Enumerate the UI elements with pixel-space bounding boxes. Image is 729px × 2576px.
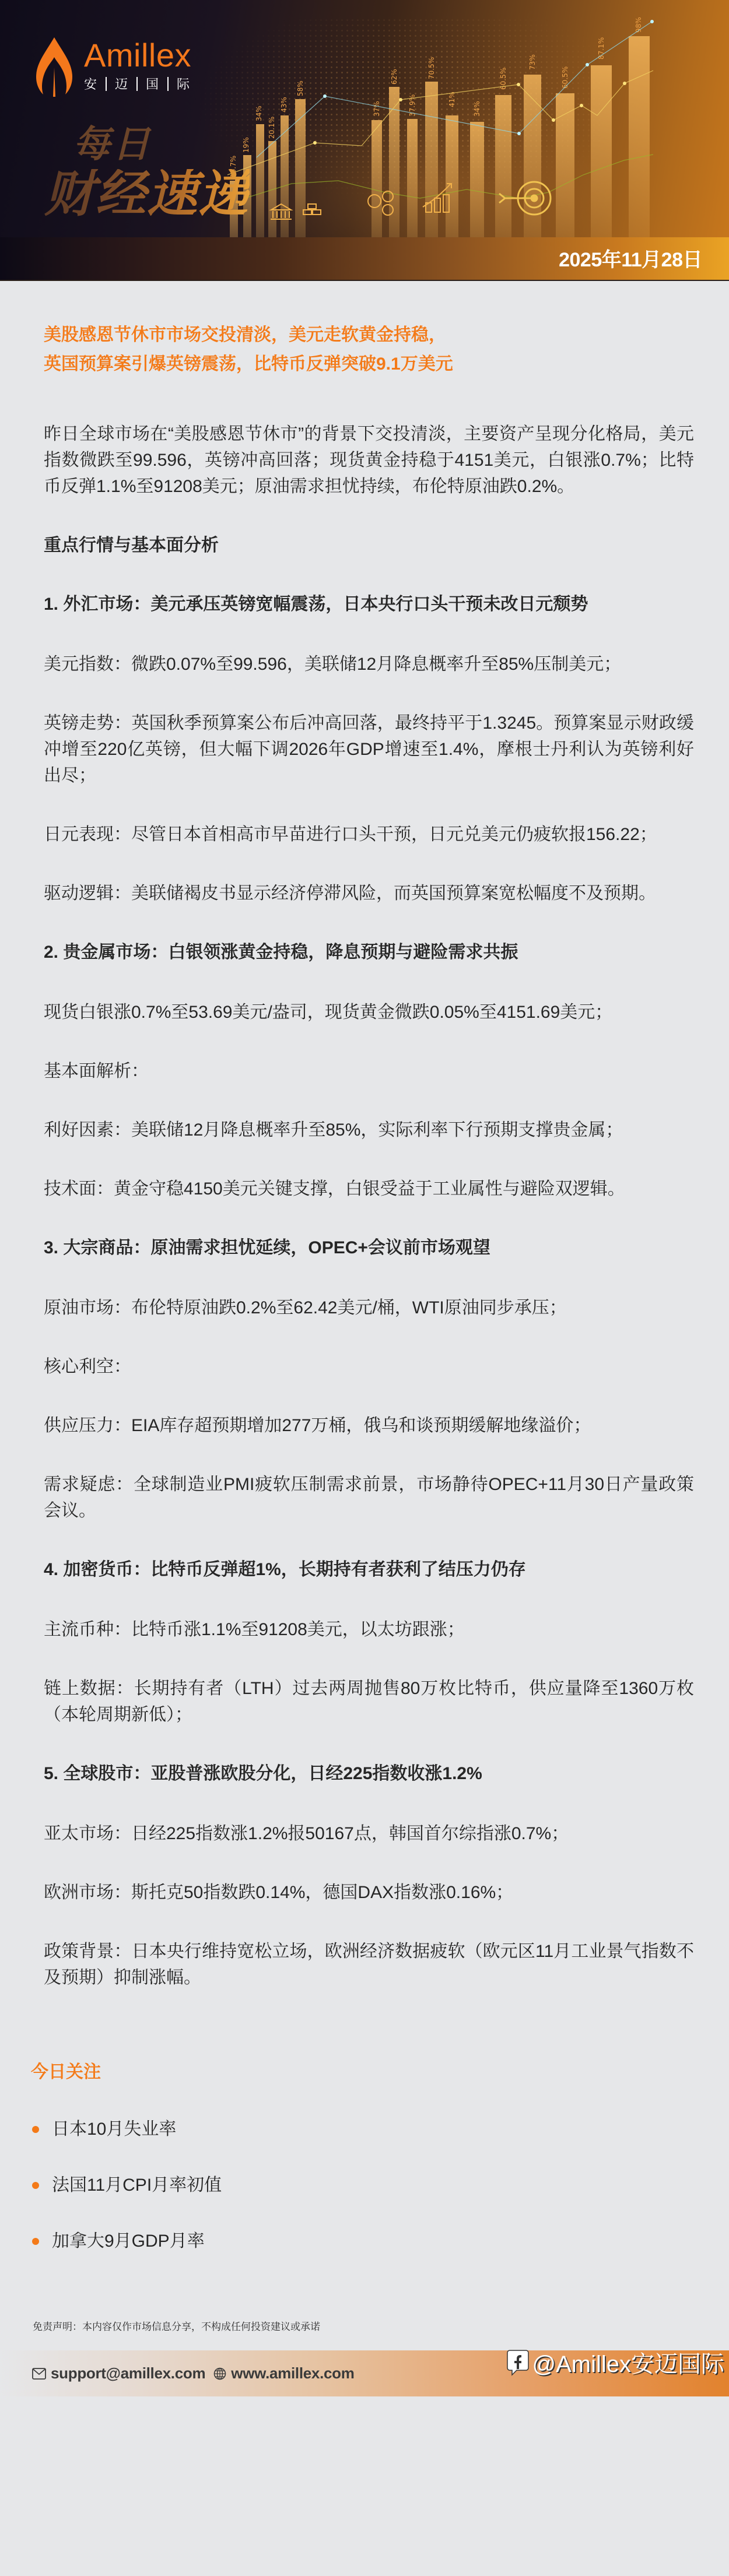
section-paragraph: 亚太市场：日经225指数涨1.2%报50167点，韩国首尔综指涨0.7%； bbox=[44, 1821, 694, 1847]
chart-label: 34% bbox=[255, 106, 263, 121]
divider bbox=[167, 77, 169, 91]
intro-paragraph: 昨日全球市场在“美股感恩节休市”的背景下交投清淡，主要资产呈现分化格局，美元指数… bbox=[44, 421, 694, 500]
bullet-icon bbox=[32, 2126, 39, 2133]
chart-label: 19% bbox=[242, 137, 250, 153]
chart-label: 34% bbox=[473, 101, 481, 117]
chart-label: 70.5% bbox=[427, 57, 436, 79]
section-paragraph: 供应压力：EIA库存超预期增加277万桶，俄乌和谈预期缓解地缘溢价； bbox=[44, 1412, 694, 1439]
social-handle: @Amillex安迈国际 bbox=[532, 2346, 724, 2379]
email-text: support@amillex.com bbox=[51, 2364, 205, 2382]
focus-item: 加拿大9月GDP月率 bbox=[31, 2230, 729, 2253]
focus-item-label: 加拿大9月GDP月率 bbox=[52, 2230, 205, 2253]
section-paragraph: 技术面：黄金守稳4150美元关键支撑，白银受益于工业属性与避险双逻辑。 bbox=[44, 1176, 694, 1202]
section-paragraph: 利好因素：美联储12月降息概率升至85%，实际利率下行预期支撑贵金属； bbox=[44, 1117, 694, 1143]
chart-label: 41% bbox=[448, 92, 456, 107]
social-f-icon bbox=[506, 2349, 530, 2376]
section-paragraph: 美元指数：微跌0.07%至99.596，美联储12月降息概率升至85%压制美元； bbox=[44, 651, 694, 677]
banner-title-daily: 每日 bbox=[73, 125, 152, 163]
focus-item-label: 法国11月CPI月率初值 bbox=[52, 2174, 222, 2197]
disclaimer: 免责声明：本内容仅作市场信息分享，不构成任何投资建议或承诺 bbox=[0, 2318, 729, 2333]
divider bbox=[106, 77, 107, 91]
focus-item-label: 日本10月失业率 bbox=[52, 2118, 176, 2141]
section-paragraph: 原油市场：布伦特原油跌0.2%至62.42美元/桶，WTI原油同步承压； bbox=[44, 1295, 694, 1321]
focus-title: 今日关注 bbox=[31, 2061, 729, 2084]
section-commodities: 3. 大宗商品：原油需求担忧延续，OPEC+会议前市场观望 原油市场：布伦特原油… bbox=[44, 1235, 694, 1524]
report-date: 2025年11月28日 bbox=[559, 244, 702, 272]
brand-cn-char: 安 bbox=[84, 75, 97, 93]
website-text: www.amillex.com bbox=[231, 2364, 354, 2382]
mail-icon bbox=[32, 2367, 46, 2380]
section-paragraph: 英镑走势：英国秋季预算案公布后冲高回落，最终持平于1.3245。预算案显示财政缓… bbox=[44, 710, 694, 789]
section-precious-metals: 2. 贵金属市场：白银领涨黄金持稳，降息预期与避险需求共振 现货白银涨0.7%至… bbox=[44, 939, 694, 1202]
brand-name: Amillex bbox=[84, 38, 191, 72]
section-paragraph: 现货白银涨0.7%至53.69美元/盎司，现货黄金微跌0.05%至4151.69… bbox=[44, 999, 694, 1025]
section-paragraph: 欧洲市场：斯托克50指数跌0.14%，德国DAX指数涨0.16%； bbox=[44, 1879, 694, 1906]
chart-label: 20.1% bbox=[268, 117, 276, 139]
website-link[interactable]: www.amillex.com bbox=[213, 2364, 354, 2382]
section-paragraph: 链上数据：长期持有者（LTH）过去两周抛售80万枚比特币，供应量降至1360万枚… bbox=[44, 1675, 694, 1728]
brand-cn-char: 迈 bbox=[115, 75, 128, 93]
chart-label: 60.5% bbox=[561, 66, 569, 89]
bullet-icon bbox=[32, 2238, 39, 2245]
footer: support@amillex.com www.amillex.com @Ami… bbox=[0, 2350, 729, 2396]
section-title: 2. 贵金属市场：白银领涨黄金持稳，降息预期与避险需求共振 bbox=[44, 939, 694, 965]
gold-bars-icon bbox=[303, 204, 321, 215]
section-title: 3. 大宗商品：原油需求担忧延续，OPEC+会议前市场观望 bbox=[44, 1235, 694, 1261]
brand-logo: Amillex 安 迈 国 际 bbox=[35, 36, 191, 98]
section-paragraph: 主流币种：比特币涨1.1%至91208美元，以太坊跟涨； bbox=[44, 1616, 694, 1643]
section-title: 4. 加密货币：比特币反弹超1%，长期持有者获利了结压力仍存 bbox=[44, 1556, 694, 1583]
bullet-icon bbox=[32, 2182, 39, 2189]
focus-list: 日本10月失业率 法国11月CPI月率初值 加拿大9月GDP月率 bbox=[31, 2118, 729, 2253]
section-paragraph: 需求疑虑：全球制造业PMI疲软压制需求前景，市场静待OPEC+11月30日产量政… bbox=[44, 1471, 694, 1524]
analysis-title: 重点行情与基本面分析 bbox=[44, 532, 694, 558]
brand-cn-char: 国 bbox=[146, 75, 159, 93]
brand-cn-char: 际 bbox=[177, 75, 190, 93]
article-headline: 美股感恩节休市市场交投清淡，美元走软黄金持稳， 英国预算案引爆英镑震荡，比特币反… bbox=[44, 321, 694, 379]
headline-line: 英国预算案引爆英镑震荡，比特币反弹突破9.1万美元 bbox=[44, 354, 453, 374]
chart-label: 87.1% bbox=[597, 37, 605, 59]
section-forex: 1. 外汇市场：美元承压英镑宽幅震荡，日本央行口头干预未改日元颓势 美元指数：微… bbox=[44, 591, 694, 906]
chart-label: 43% bbox=[280, 97, 288, 113]
brand-name-cn: 安 迈 国 际 bbox=[84, 75, 191, 93]
focus-item: 日本10月失业率 bbox=[31, 2118, 729, 2141]
section-paragraph: 驱动逻辑：美联储褐皮书显示经济停滞风险，而英国预算案宽松幅度不及预期。 bbox=[44, 880, 694, 906]
banner-title-finance-express: 财经速递 bbox=[44, 169, 250, 219]
section-paragraph: 核心利空： bbox=[44, 1354, 694, 1380]
today-focus: 今日关注 日本10月失业率 法国11月CPI月率初值 加拿大9月GDP月率 bbox=[0, 2061, 729, 2253]
section-paragraph: 政策背景：日本央行维持宽松立场，欧洲经济数据疲软（欧元区11月工业景气指数不及预… bbox=[44, 1938, 694, 1991]
focus-item: 法国11月CPI月率初值 bbox=[31, 2174, 729, 2197]
globe-icon bbox=[213, 2367, 226, 2380]
header-banner: 10.7% 19% 34% 20.1% 43% 58% 37% 62% 37.9… bbox=[0, 0, 729, 281]
social-watermark: @Amillex安迈国际 bbox=[506, 2346, 724, 2379]
email-link[interactable]: support@amillex.com bbox=[32, 2364, 205, 2382]
section-paragraph: 基本面解析： bbox=[44, 1058, 694, 1084]
headline-line: 美股感恩节休市市场交投清淡，美元走软黄金持稳， bbox=[44, 325, 446, 345]
section-paragraph: 日元表现：尽管日本首相高市早苗进行口头干预，日元兑美元仍疲软报156.22； bbox=[44, 821, 694, 848]
article-body: 美股感恩节休市市场交投清淡，美元走软黄金持稳， 英国预算案引爆英镑震荡，比特币反… bbox=[0, 281, 729, 1991]
section-title: 1. 外汇市场：美元承压英镑宽幅震荡，日本央行口头干预未改日元颓势 bbox=[44, 591, 694, 617]
chart-label: 73% bbox=[528, 54, 537, 70]
flame-logo-icon bbox=[35, 36, 73, 98]
chart-label: 37% bbox=[373, 101, 381, 117]
section-crypto: 4. 加密货币：比特币反弹超1%，长期持有者获利了结压力仍存 主流币种：比特币涨… bbox=[44, 1556, 694, 1728]
divider bbox=[136, 77, 138, 91]
chart-label: 62% bbox=[390, 69, 398, 85]
chart-label: 58% bbox=[296, 80, 304, 96]
section-title: 5. 全球股市：亚股普涨欧股分化，日经225指数收涨1.2% bbox=[44, 1760, 694, 1787]
section-global-equities: 5. 全球股市：亚股普涨欧股分化，日经225指数收涨1.2% 亚太市场：日经22… bbox=[44, 1760, 694, 1991]
